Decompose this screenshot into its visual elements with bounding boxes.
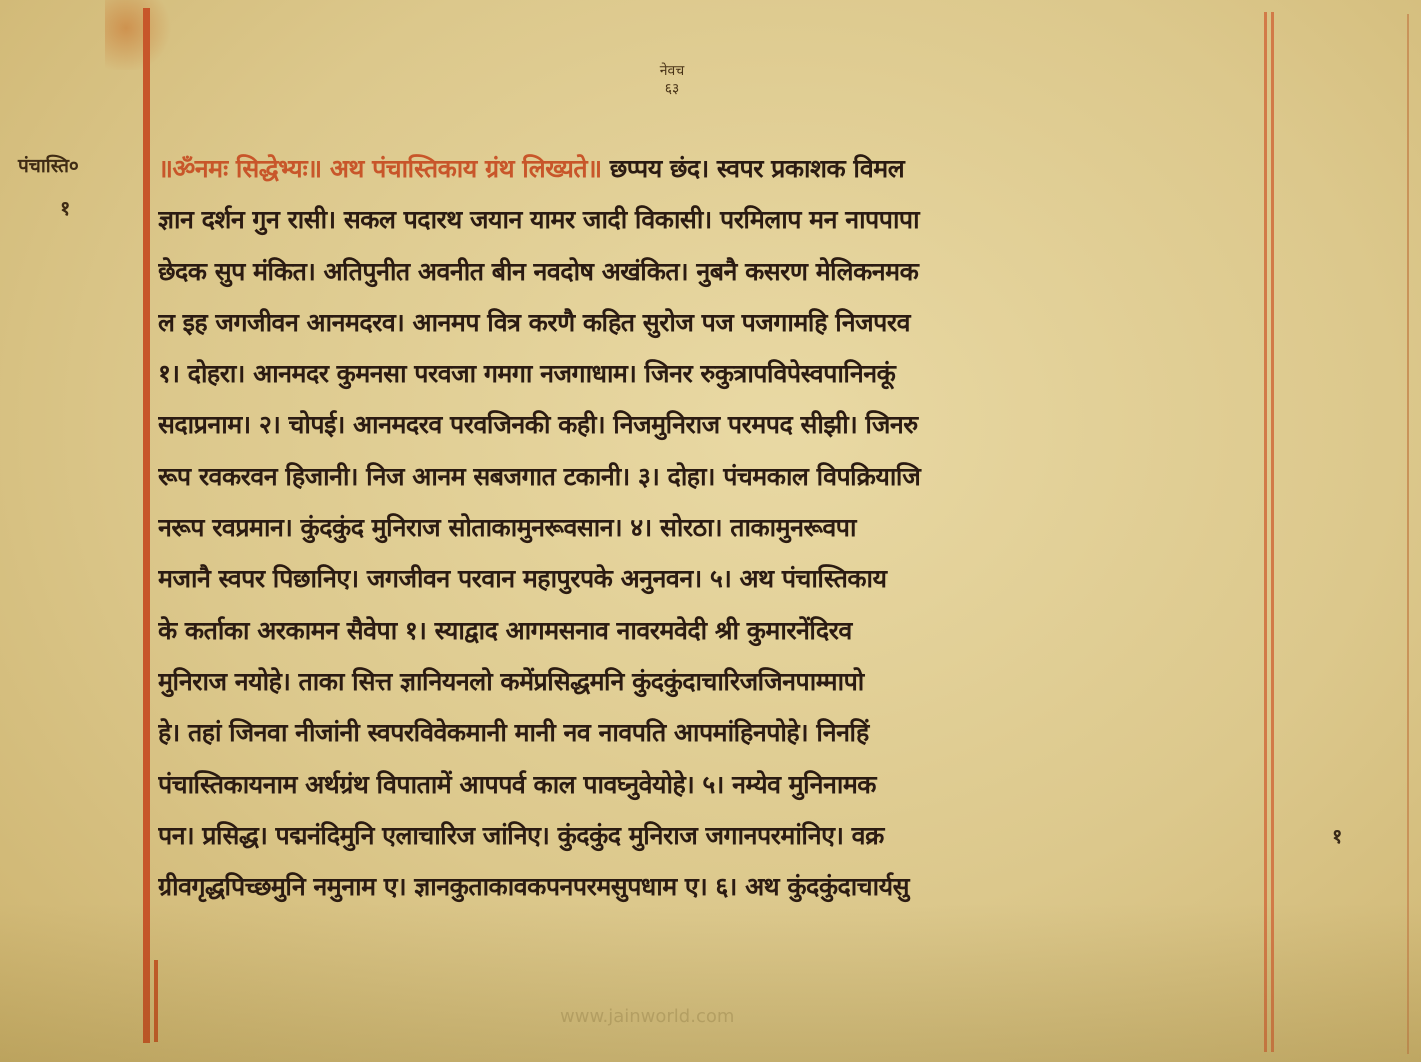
folio-header: नेवच ६३ <box>632 62 712 98</box>
text-line-10: के कर्ताका अरकामन सैवेपा १। स्याद्वाद आग… <box>158 607 1270 658</box>
paper-stain <box>105 0 175 70</box>
line-text: नरूप रवप्रमान। कुंदकुंद मुनिराज सोताकामु… <box>158 513 856 542</box>
line-text: छप्पय छंद। स्वपर प्रकाशक विमल <box>610 154 904 183</box>
manuscript-page: नेवच ६३ पंचास्ति० १ १ ॥ॐनमः सिद्धेभ्यः॥ … <box>0 0 1421 1062</box>
text-line-15: ग्रीवगृद्धपिच्छमुनि नमुनाम ए। ज्ञानकुताक… <box>158 863 1270 914</box>
line-text: हे। तहां जिनवा नीजांनी स्वपरविवेकमानी मा… <box>158 718 869 747</box>
text-line-5: १। दोहरा। आनमदर कुमनसा परवजा गमगा नजगाधा… <box>158 350 1270 401</box>
page-edge-line <box>1407 14 1409 1054</box>
text-line-7: रूप रवकरवन हिजानी। निज आनम सबजगात टकानी।… <box>158 453 1270 504</box>
line-text: के कर्ताका अरकामन सैवेपा १। स्याद्वाद आग… <box>158 616 852 645</box>
left-margin-note: पंचास्ति० १ <box>18 152 138 221</box>
line-text: मुनिराज नयोहे। ताका सित्त ज्ञानियनलो कमे… <box>158 667 864 696</box>
text-line-8: नरूप रवप्रमान। कुंदकुंद मुनिराज सोताकामु… <box>158 504 1270 555</box>
text-line-2: ज्ञान दर्शन गुन रासी। सकल पदारथ जयान याम… <box>158 196 1270 247</box>
text-line-4: ल इह जगजीवन आनमदरव। आनमप वित्र करणै कहित… <box>158 299 1270 350</box>
folio-number: ६३ <box>632 80 712 98</box>
text-line-6: सदाप्रनाम। २। चोपई। आनमदरव परवजिनकी कही।… <box>158 401 1270 452</box>
text-line-1: ॥ॐनमः सिद्धेभ्यः॥ अथ पंचास्तिकाय ग्रंथ ल… <box>158 145 1270 196</box>
line-text: छेदक सुप मंकित। अतिपुनीत अवनीत बीन नवदोष… <box>158 257 918 286</box>
margin-leaf-number: १ <box>60 194 138 221</box>
rubric-invocation: ॥ॐनमः सिद्धेभ्यः॥ अथ पंचास्तिकाय ग्रंथ ल… <box>158 154 602 183</box>
line-text: ग्रीवगृद्धपिच्छमुनि नमुनाम ए। ज्ञानकुताक… <box>158 872 909 901</box>
line-text: पंचास्तिकायनाम अर्थग्रंथ विपातामें आपपर्… <box>158 770 876 799</box>
line-text: ज्ञान दर्शन गुन रासी। सकल पदारथ जयान याम… <box>158 205 919 234</box>
line-text: रूप रवकरवन हिजानी। निज आनम सबजगात टकानी।… <box>158 462 920 491</box>
left-margin-rule-secondary <box>154 960 158 1042</box>
right-margin-rule-2 <box>1271 12 1274 1052</box>
watermark: www.jainworld.com <box>560 1006 734 1027</box>
manuscript-text: ॥ॐनमः सिद्धेभ्यः॥ अथ पंचास्तिकाय ग्रंथ ल… <box>158 145 1270 914</box>
line-text: ल इह जगजीवन आनमदरव। आनमप वित्र करणै कहित… <box>158 308 910 337</box>
line-text: सदाप्रनाम। २। चोपई। आनमदरव परवजिनकी कही।… <box>158 410 918 439</box>
text-line-13: पंचास्तिकायनाम अर्थग्रंथ विपातामें आपपर्… <box>158 761 1270 812</box>
left-margin-rule <box>143 8 150 1043</box>
text-line-9: मजानै स्वपर पिछानिए। जगजीवन परवान महापुर… <box>158 555 1270 606</box>
text-line-12: हे। तहां जिनवा नीजांनी स्वपरविवेकमानी मा… <box>158 709 1270 760</box>
folio-label: नेवच <box>632 62 712 80</box>
line-text: पन। प्रसिद्ध। पद्मनंदिमुनि एलाचारिज जांन… <box>158 821 884 850</box>
line-text: १। दोहरा। आनमदर कुमनसा परवजा गमगा नजगाधा… <box>158 359 895 388</box>
margin-title: पंचास्ति० <box>18 155 79 177</box>
line-text: मजानै स्वपर पिछानिए। जगजीवन परवान महापुर… <box>158 564 887 593</box>
text-line-11: मुनिराज नयोहे। ताका सित्त ज्ञानियनलो कमे… <box>158 658 1270 709</box>
text-line-14: पन। प्रसिद्ध। पद्मनंदिमुनि एलाचारिज जांन… <box>158 812 1270 863</box>
text-line-3: छेदक सुप मंकित। अतिपुनीत अवनीत बीन नवदोष… <box>158 248 1270 299</box>
right-margin-leaf-number: १ <box>1332 822 1342 849</box>
